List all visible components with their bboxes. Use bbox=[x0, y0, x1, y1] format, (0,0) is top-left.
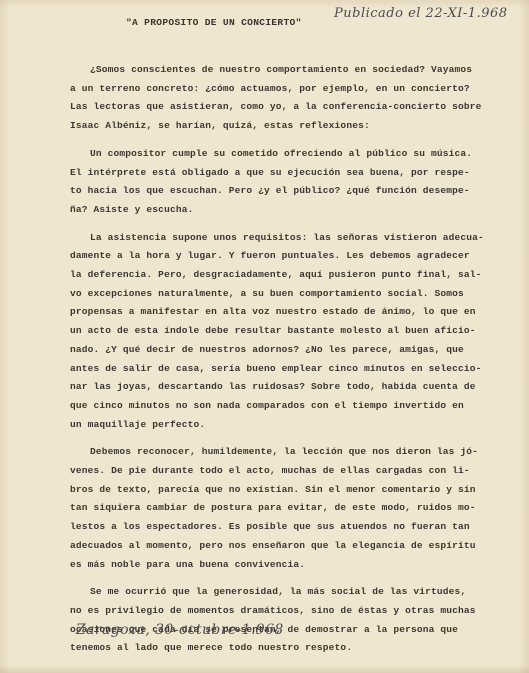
text-line: Las lectoras que asistieran, como yo, a … bbox=[70, 98, 510, 117]
text-line: ña? Asiste y escucha. bbox=[70, 201, 510, 220]
text-line: nado. ¿Y qué decir de nuestros adornos? … bbox=[70, 341, 510, 360]
text-line: Se me ocurrió que la generosidad, la más… bbox=[70, 583, 510, 602]
text-line: es más noble para una buena convivencia. bbox=[70, 556, 510, 575]
handwritten-publication-note: Publicado el 22-XI-1.968 bbox=[334, 6, 508, 21]
paragraph-4: Debemos reconocer, humildemente, la lecc… bbox=[70, 443, 510, 574]
text-line: El intérprete está obligado a que su eje… bbox=[70, 164, 510, 183]
text-line: tenemos al lado que merece todo nuestro … bbox=[70, 639, 510, 658]
paragraph-2: Un compositor cumple su cometido ofrecie… bbox=[70, 145, 510, 220]
text-line: tan siquiera cambiar de postura para evi… bbox=[70, 499, 510, 518]
paragraph-3: La asistencia supone unos requisitos: la… bbox=[70, 229, 510, 435]
text-line: a un terreno concreto: ¿cómo actuamos, p… bbox=[70, 80, 510, 99]
text-line: un maquillaje perfecto. bbox=[70, 416, 510, 435]
document-body: ¿Somos conscientes de nuestro comportami… bbox=[70, 61, 510, 667]
text-line: bros de texto, parecía que no existían. … bbox=[70, 481, 510, 500]
paragraph-1: ¿Somos conscientes de nuestro comportami… bbox=[70, 61, 510, 136]
text-line: Isaac Albéniz, se harían, quizá, estas r… bbox=[70, 117, 510, 136]
text-line: venes. De pie durante todo el acto, much… bbox=[70, 462, 510, 481]
text-line: adecuados al momento, pero nos enseñaron… bbox=[70, 537, 510, 556]
text-line: ¿Somos conscientes de nuestro comportami… bbox=[70, 61, 510, 80]
handwritten-signature: Zaragoza, 30-octubre-1.968 bbox=[76, 622, 284, 638]
text-line: La asistencia supone unos requisitos: la… bbox=[70, 229, 510, 248]
text-line: propensas a manifestar en alta voz nuest… bbox=[70, 303, 510, 322]
text-line: to hacia los que escuchan. Pero ¿y el pú… bbox=[70, 182, 510, 201]
text-line: la deferencia. Pero, desgraciadamente, a… bbox=[70, 266, 510, 285]
typewritten-page: Publicado el 22-XI-1.968 "A PROPOSITO DE… bbox=[0, 0, 529, 673]
text-line: Debemos reconocer, humildemente, la lecc… bbox=[70, 443, 510, 462]
text-line: damente a la hora y lugar. Y fueron punt… bbox=[70, 247, 510, 266]
text-line: Un compositor cumple su cometido ofrecie… bbox=[70, 145, 510, 164]
text-line: lestos a los espectadores. Es posible qu… bbox=[70, 518, 510, 537]
text-line: un acto de esta índole debe resultar bas… bbox=[70, 322, 510, 341]
text-line: vo excepciones naturalmente, a su buen c… bbox=[70, 285, 510, 304]
text-line: nar las joyas, descartando las ruidosas?… bbox=[70, 378, 510, 397]
text-line: que cinco minutos no son nada comparados… bbox=[70, 397, 510, 416]
text-line: antes de salir de casa, sería bueno empl… bbox=[70, 360, 510, 379]
text-line: no es privilegio de momentos dramáticos,… bbox=[70, 602, 510, 621]
paragraph-5: Se me ocurrió que la generosidad, la más… bbox=[70, 583, 510, 658]
document-title: "A PROPOSITO DE UN CONCIERTO" bbox=[126, 17, 302, 28]
